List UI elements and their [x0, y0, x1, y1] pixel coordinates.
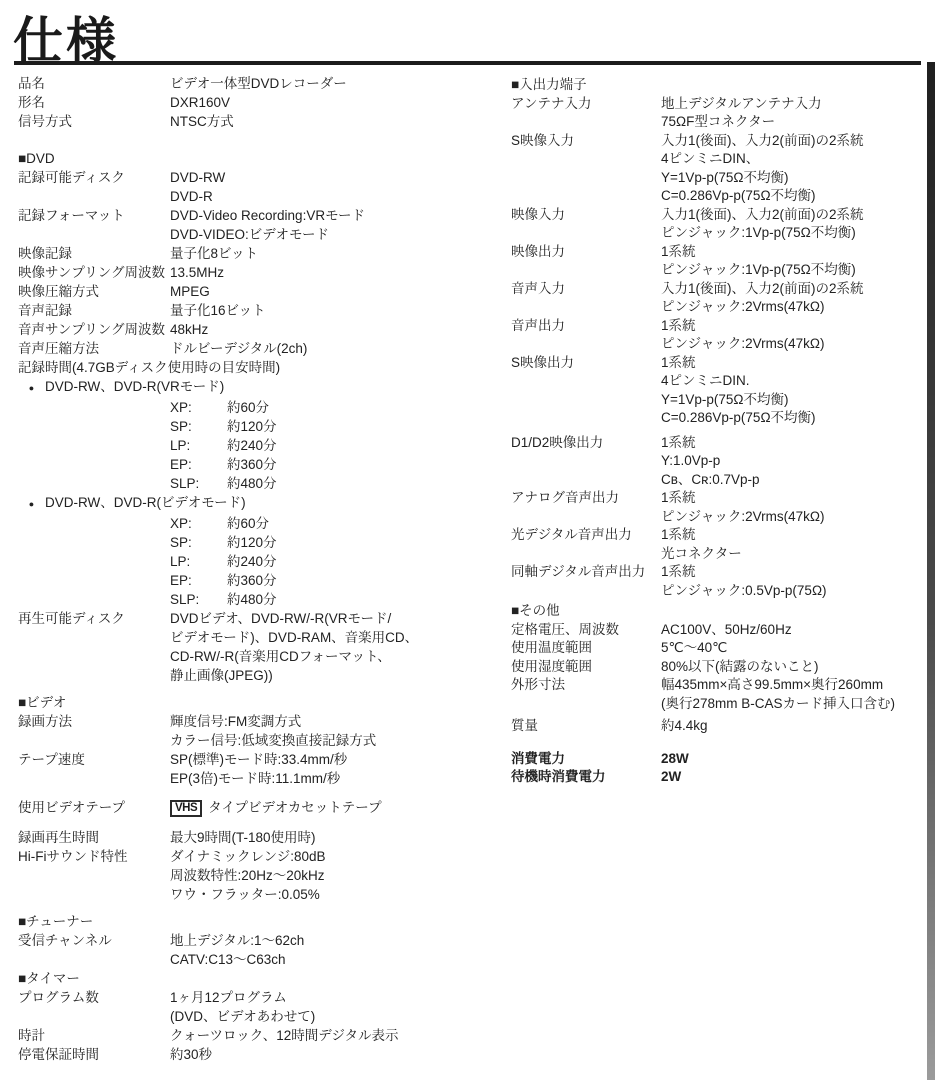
spec-value: 地上デジタルアンテナ入力 [661, 95, 927, 114]
spec-row: 映像出力1系統ピンジャック:1Vp-p(75Ω不均衡) [511, 243, 927, 280]
spec-row: 品名ビデオ一体型DVDレコーダー [18, 74, 490, 93]
spec-value: 約4.4kg [661, 717, 927, 736]
spec-row: 使用湿度範囲80%以下(結露のないこと) [511, 658, 927, 677]
spec-row: 外形寸法幅435mm×高さ99.5mm×奥行260mm(奥行278mm B-CA… [511, 676, 927, 713]
recording-duration: 約120分 [227, 533, 277, 552]
spacer [18, 685, 490, 693]
recording-time-row: SP:約120分 [18, 533, 490, 552]
spec-value: 1系統 [661, 526, 927, 545]
title-rule [14, 61, 921, 65]
recording-time-row: EP:約360分 [18, 455, 490, 474]
spec-value: クォーツロック、12時間デジタル表示 [170, 1026, 490, 1045]
recording-time-row: SLP:約480分 [18, 474, 490, 493]
spec-row: 使用温度範囲5℃〜40℃ [511, 639, 927, 658]
recording-time-row: XP:約60分 [18, 398, 490, 417]
spec-value: 1系統 [661, 354, 927, 373]
spec-row: 記録フォーマットDVD-Video Recording:VRモードDVD-VID… [18, 206, 490, 244]
vhs-logo: VHS [170, 800, 202, 817]
spec-row: S映像出力1系統4ピンミニDIN.Y=1Vp-p(75Ω不均衡)C=0.286V… [511, 354, 927, 428]
spec-row: プログラム数1ヶ月12プログラム(DVD、ビデオあわせて) [18, 988, 490, 1026]
spec-values: 約4.4kg [661, 717, 927, 736]
recording-duration: 約60分 [227, 398, 269, 417]
spec-value: 4ピンミニDIN、 [661, 150, 927, 169]
spec-row: 停電保証時間約30秒 [18, 1045, 490, 1064]
spec-values: 入力1(後面)、入力2(前面)の2系統4ピンミニDIN、Y=1Vp-p(75Ω不… [661, 132, 927, 206]
spec-value: DVD-VIDEO:ビデオモード [170, 225, 490, 244]
recording-mode: SP: [170, 533, 227, 552]
spec-row: 形名DXR160V [18, 93, 490, 112]
spec-values: 2W [661, 768, 927, 787]
spec-value: ピンジャック:2Vrms(47kΩ) [661, 298, 927, 317]
spec-values: 輝度信号:FM変調方式カラー信号:低域変換直接記録方式 [170, 712, 490, 750]
spec-values: 48kHz [170, 320, 490, 339]
section-header: ■入出力端子 [511, 76, 927, 95]
spec-values: 最大9時間(T-180使用時) [170, 828, 490, 847]
spec-values: VHSタイプビデオカセットテープ [170, 798, 490, 818]
bullet-item-text: DVD-RW、DVD-R(VRモード) [45, 377, 224, 396]
spec-value: 75ΩF型コネクター [661, 113, 927, 132]
spec-values: SP(標準)モード時:33.4mm/秒EP(3倍)モード時:11.1mm/秒 [170, 750, 490, 788]
spec-row: 受信チャンネル地上デジタル:1〜62chCATV:C13〜C63ch [18, 931, 490, 969]
spec-value: 2W [661, 768, 927, 787]
spec-label: 停電保証時間 [18, 1045, 170, 1064]
spec-value: 静止画像(JPEG)) [170, 666, 490, 685]
spec-value: 80%以下(結露のないこと) [661, 658, 927, 677]
spec-value: Y=1Vp-p(75Ω不均衡) [661, 391, 927, 410]
spec-sheet: 仕様 品名ビデオ一体型DVDレコーダー形名DXR160V信号方式NTSC方式■D… [0, 0, 935, 1080]
spec-row: 映像入力入力1(後面)、入力2(前面)の2系統ピンジャック:1Vp-p(75Ω不… [511, 206, 927, 243]
spec-value: ダイナミックレンジ:80dB [170, 847, 490, 866]
recording-duration: 約240分 [227, 552, 277, 571]
spec-values: 1系統光コネクター [661, 526, 927, 563]
spec-value: SP(標準)モード時:33.4mm/秒 [170, 750, 490, 769]
spec-value: DVD-R [170, 187, 490, 206]
spec-label: 品名 [18, 74, 170, 93]
spec-value: EP(3倍)モード時:11.1mm/秒 [170, 769, 490, 788]
recording-mode: EP: [170, 571, 227, 590]
spec-row: アナログ音声出力1系統ピンジャック:2Vrms(47kΩ) [511, 489, 927, 526]
spec-values: NTSC方式 [170, 112, 490, 131]
spec-value: ピンジャック:1Vp-p(75Ω不均衡) [661, 224, 927, 243]
bullet-item-text: DVD-RW、DVD-R(ビデオモード) [45, 493, 246, 512]
spec-row: 映像記録量子化8ビット [18, 244, 490, 263]
spec-row: S映像入力入力1(後面)、入力2(前面)の2系統4ピンミニDIN、Y=1Vp-p… [511, 132, 927, 206]
spec-row: アンテナ入力地上デジタルアンテナ入力75ΩF型コネクター [511, 95, 927, 132]
spec-value: 1ヶ月12プログラム [170, 988, 490, 1007]
spec-row: 質量約4.4kg [511, 717, 927, 736]
spec-value: NTSC方式 [170, 112, 490, 131]
spec-value: VHSタイプビデオカセットテープ [170, 798, 490, 818]
spec-label: Hi-Fiサウンド特性 [18, 847, 170, 866]
spec-label: 映像サンプリング周波数 [18, 263, 170, 282]
spec-value: 入力1(後面)、入力2(前面)の2系統 [661, 132, 927, 151]
spec-values: DVDビデオ、DVD-RW/-R(VRモード/ビデオモード)、DVD-RAM、音… [170, 609, 490, 685]
spec-value: 光コネクター [661, 545, 927, 564]
spec-value: 約30秒 [170, 1045, 490, 1064]
spec-value: 入力1(後面)、入力2(前面)の2系統 [661, 280, 927, 299]
spec-values: 28W [661, 750, 927, 769]
bullet-icon: ● [18, 495, 45, 514]
spec-label: 使用ビデオテープ [18, 798, 170, 817]
spec-label: 待機時消費電力 [511, 768, 661, 787]
spec-value: ピンジャック:1Vp-p(75Ω不均衡) [661, 261, 927, 280]
spec-value: CD-RW/-R(音楽用CDフォーマット、 [170, 647, 490, 666]
spec-label: 映像入力 [511, 206, 661, 225]
spec-row: D1/D2映像出力1系統Y:1.0Vp-pCʙ、Cʀ:0.7Vp-p [511, 434, 927, 490]
spec-value: C=0.286Vp-p(75Ω不均衡) [661, 409, 927, 428]
spec-value: CATV:C13〜C63ch [170, 950, 490, 969]
spec-label: アンテナ入力 [511, 95, 661, 114]
spec-row: Hi-Fiサウンド特性ダイナミックレンジ:80dB周波数特性:20Hz〜20kH… [18, 847, 490, 904]
spec-value: 28W [661, 750, 927, 769]
spec-values: 1ヶ月12プログラム(DVD、ビデオあわせて) [170, 988, 490, 1026]
spec-label: 受信チャンネル [18, 931, 170, 950]
recording-mode: XP: [170, 514, 227, 533]
spec-values: 入力1(後面)、入力2(前面)の2系統ピンジャック:2Vrms(47kΩ) [661, 280, 927, 317]
recording-duration: 約360分 [227, 571, 277, 590]
scan-edge-shadow [927, 62, 935, 1080]
recording-mode: XP: [170, 398, 227, 417]
spec-value: DVDビデオ、DVD-RW/-R(VRモード/ [170, 609, 490, 628]
recording-time-row: LP:約240分 [18, 436, 490, 455]
recording-time-row: SLP:約480分 [18, 590, 490, 609]
spec-value: ビデオ一体型DVDレコーダー [170, 74, 490, 93]
spacer [18, 818, 490, 828]
spec-label: 再生可能ディスク [18, 609, 170, 628]
spec-label: 定格電圧、周波数 [511, 621, 661, 640]
spec-row: 映像サンプリング周波数13.5MHz [18, 263, 490, 282]
spec-label: S映像出力 [511, 354, 661, 373]
recording-mode: SLP: [170, 474, 227, 493]
spec-row: 光デジタル音声出力1系統光コネクター [511, 526, 927, 563]
spec-row: 使用ビデオテープVHSタイプビデオカセットテープ [18, 798, 490, 818]
spec-label: 消費電力 [511, 750, 661, 769]
spec-values: 1系統ピンジャック:2Vrms(47kΩ) [661, 317, 927, 354]
spec-row: 音声記録量子化16ビット [18, 301, 490, 320]
spec-label: 外形寸法 [511, 676, 661, 695]
spec-values: 幅435mm×高さ99.5mm×奥行260mm(奥行278mm B-CASカード… [661, 676, 927, 713]
spec-row: 録画再生時間最大9時間(T-180使用時) [18, 828, 490, 847]
recording-duration: 約240分 [227, 436, 277, 455]
spec-value: ワウ・フラッター:0.05% [170, 885, 490, 904]
spec-row: 再生可能ディスクDVDビデオ、DVD-RW/-R(VRモード/ビデオモード)、D… [18, 609, 490, 685]
spec-value: ピンジャック:0.5Vp-p(75Ω) [661, 582, 927, 601]
left-column: 品名ビデオ一体型DVDレコーダー形名DXR160V信号方式NTSC方式■DVD記… [18, 74, 490, 1064]
spec-value: ピンジャック:2Vrms(47kΩ) [661, 508, 927, 527]
spec-value: Y=1Vp-p(75Ω不均衡) [661, 169, 927, 188]
recording-time-row: EP:約360分 [18, 571, 490, 590]
spec-label: D1/D2映像出力 [511, 434, 661, 453]
spec-row: 音声圧縮方法ドルビーデジタル(2ch) [18, 339, 490, 358]
spec-value: 輝度信号:FM変調方式 [170, 712, 490, 731]
recording-time-row: SP:約120分 [18, 417, 490, 436]
spec-label: アナログ音声出力 [511, 489, 661, 508]
spec-value: C=0.286Vp-p(75Ω不均衡) [661, 187, 927, 206]
spec-label: 映像圧縮方式 [18, 282, 170, 301]
spec-values: ダイナミックレンジ:80dB周波数特性:20Hz〜20kHzワウ・フラッター:0… [170, 847, 490, 904]
recording-mode: LP: [170, 552, 227, 571]
spec-label: 録画再生時間 [18, 828, 170, 847]
spec-value: DXR160V [170, 93, 490, 112]
spec-value: 幅435mm×高さ99.5mm×奥行260mm [661, 676, 927, 695]
spec-value: DVD-Video Recording:VRモード [170, 206, 490, 225]
spec-row: 音声サンプリング周波数48kHz [18, 320, 490, 339]
spec-row: 信号方式NTSC方式 [18, 112, 490, 131]
spec-note: 記録時間(4.7GBディスク使用時の目安時間) [18, 358, 490, 377]
spec-row: 同軸デジタル音声出力1系統ピンジャック:0.5Vp-p(75Ω) [511, 563, 927, 600]
spec-row: 記録可能ディスクDVD-RWDVD-R [18, 168, 490, 206]
bullet-item: ●DVD-RW、DVD-R(VRモード) [18, 377, 490, 398]
spec-label: 使用温度範囲 [511, 639, 661, 658]
spacer [18, 788, 490, 798]
spec-value: カラー信号:低域変換直接記録方式 [170, 731, 490, 750]
spacer [511, 736, 927, 750]
spec-label: 形名 [18, 93, 170, 112]
spec-values: 量子化16ビット [170, 301, 490, 320]
recording-mode: SLP: [170, 590, 227, 609]
spec-values: 入力1(後面)、入力2(前面)の2系統ピンジャック:1Vp-p(75Ω不均衡) [661, 206, 927, 243]
spec-row: 音声入力入力1(後面)、入力2(前面)の2系統ピンジャック:2Vrms(47kΩ… [511, 280, 927, 317]
spec-value: DVD-RW [170, 168, 490, 187]
spec-label: S映像入力 [511, 132, 661, 151]
spec-value: 5℃〜40℃ [661, 639, 927, 658]
spec-value: 4ピンミニDIN. [661, 372, 927, 391]
recording-duration: 約480分 [227, 474, 277, 493]
spec-value-text: タイプビデオカセットテープ [208, 800, 381, 815]
spec-label: 音声記録 [18, 301, 170, 320]
spec-row: 録画方法輝度信号:FM変調方式カラー信号:低域変換直接記録方式 [18, 712, 490, 750]
spec-values: 1系統ピンジャック:2Vrms(47kΩ) [661, 489, 927, 526]
right-column: ■入出力端子アンテナ入力地上デジタルアンテナ入力75ΩF型コネクターS映像入力入… [511, 76, 927, 787]
spec-values: 地上デジタルアンテナ入力75ΩF型コネクター [661, 95, 927, 132]
spec-label: 記録フォーマット [18, 206, 170, 225]
recording-mode: SP: [170, 417, 227, 436]
spec-values: DXR160V [170, 93, 490, 112]
spec-value: 量子化8ビット [170, 244, 490, 263]
spec-value: (DVD、ビデオあわせて) [170, 1007, 490, 1026]
spec-value: AC100V、50Hz/60Hz [661, 621, 927, 640]
spec-values: 80%以下(結露のないこと) [661, 658, 927, 677]
spec-label: プログラム数 [18, 988, 170, 1007]
spacer [18, 904, 490, 912]
spec-values: 約30秒 [170, 1045, 490, 1064]
spec-row: 時計クォーツロック、12時間デジタル表示 [18, 1026, 490, 1045]
spec-label: 音声サンプリング周波数 [18, 320, 170, 339]
spec-value: 13.5MHz [170, 263, 490, 282]
spec-value: Y:1.0Vp-p [661, 452, 927, 471]
spec-row: テープ速度SP(標準)モード時:33.4mm/秒EP(3倍)モード時:11.1m… [18, 750, 490, 788]
recording-time-row: LP:約240分 [18, 552, 490, 571]
spec-value: MPEG [170, 282, 490, 301]
spec-label: 信号方式 [18, 112, 170, 131]
spec-values: DVD-RWDVD-R [170, 168, 490, 206]
spec-label: 時計 [18, 1026, 170, 1045]
bullet-item: ●DVD-RW、DVD-R(ビデオモード) [18, 493, 490, 514]
spec-values: 地上デジタル:1〜62chCATV:C13〜C63ch [170, 931, 490, 969]
spec-value: 1系統 [661, 434, 927, 453]
recording-duration: 約120分 [227, 417, 277, 436]
spec-values: ドルビーデジタル(2ch) [170, 339, 490, 358]
spec-values: 1系統ピンジャック:0.5Vp-p(75Ω) [661, 563, 927, 600]
spec-values: 13.5MHz [170, 263, 490, 282]
spec-label: 映像記録 [18, 244, 170, 263]
spec-value: 48kHz [170, 320, 490, 339]
spec-label: 光デジタル音声出力 [511, 526, 661, 545]
spec-value: 量子化16ビット [170, 301, 490, 320]
spec-values: クォーツロック、12時間デジタル表示 [170, 1026, 490, 1045]
section-header: ■DVD [18, 149, 490, 168]
spec-value: 1系統 [661, 317, 927, 336]
spec-value: 1系統 [661, 489, 927, 508]
spec-value: (奥行278mm B-CASカード挿入口含む) [661, 695, 927, 714]
spec-label: 音声出力 [511, 317, 661, 336]
spacer [18, 131, 490, 149]
spec-value: 1系統 [661, 563, 927, 582]
bullet-icon: ● [18, 379, 45, 398]
spec-value: Cʙ、Cʀ:0.7Vp-p [661, 471, 927, 490]
spec-value: ドルビーデジタル(2ch) [170, 339, 490, 358]
spec-value: 最大9時間(T-180使用時) [170, 828, 490, 847]
spec-values: 5℃〜40℃ [661, 639, 927, 658]
section-header: ■ビデオ [18, 693, 490, 712]
spec-label: 映像出力 [511, 243, 661, 262]
section-header: ■タイマー [18, 969, 490, 988]
section-header: ■チューナー [18, 912, 490, 931]
spec-row: 映像圧縮方式MPEG [18, 282, 490, 301]
recording-duration: 約480分 [227, 590, 277, 609]
section-header: ■その他 [511, 602, 927, 621]
spec-label: 音声入力 [511, 280, 661, 299]
spec-values: DVD-Video Recording:VRモードDVD-VIDEO:ビデオモー… [170, 206, 490, 244]
spec-label: 同軸デジタル音声出力 [511, 563, 661, 582]
spec-value: ピンジャック:2Vrms(47kΩ) [661, 335, 927, 354]
spec-row: 定格電圧、周波数AC100V、50Hz/60Hz [511, 621, 927, 640]
spec-label: テープ速度 [18, 750, 170, 769]
spec-value: ビデオモード)、DVD-RAM、音楽用CD、 [170, 628, 490, 647]
spec-label: 音声圧縮方法 [18, 339, 170, 358]
spec-label: 記録可能ディスク [18, 168, 170, 187]
spec-label: 録画方法 [18, 712, 170, 731]
spec-label: 質量 [511, 717, 661, 736]
spec-values: MPEG [170, 282, 490, 301]
spec-value: 入力1(後面)、入力2(前面)の2系統 [661, 206, 927, 225]
spec-row: 消費電力28W [511, 750, 927, 769]
spec-values: 1系統4ピンミニDIN.Y=1Vp-p(75Ω不均衡)C=0.286Vp-p(7… [661, 354, 927, 428]
spec-values: AC100V、50Hz/60Hz [661, 621, 927, 640]
spec-row: 待機時消費電力2W [511, 768, 927, 787]
spec-values: 量子化8ビット [170, 244, 490, 263]
spec-values: ビデオ一体型DVDレコーダー [170, 74, 490, 93]
recording-mode: EP: [170, 455, 227, 474]
spec-values: 1系統Y:1.0Vp-pCʙ、Cʀ:0.7Vp-p [661, 434, 927, 490]
recording-mode: LP: [170, 436, 227, 455]
spec-value: 周波数特性:20Hz〜20kHz [170, 866, 490, 885]
spec-row: 音声出力1系統ピンジャック:2Vrms(47kΩ) [511, 317, 927, 354]
recording-time-row: XP:約60分 [18, 514, 490, 533]
spec-value: 1系統 [661, 243, 927, 262]
spec-values: 1系統ピンジャック:1Vp-p(75Ω不均衡) [661, 243, 927, 280]
spec-value: 地上デジタル:1〜62ch [170, 931, 490, 950]
recording-duration: 約360分 [227, 455, 277, 474]
spec-label: 使用湿度範囲 [511, 658, 661, 677]
recording-duration: 約60分 [227, 514, 269, 533]
